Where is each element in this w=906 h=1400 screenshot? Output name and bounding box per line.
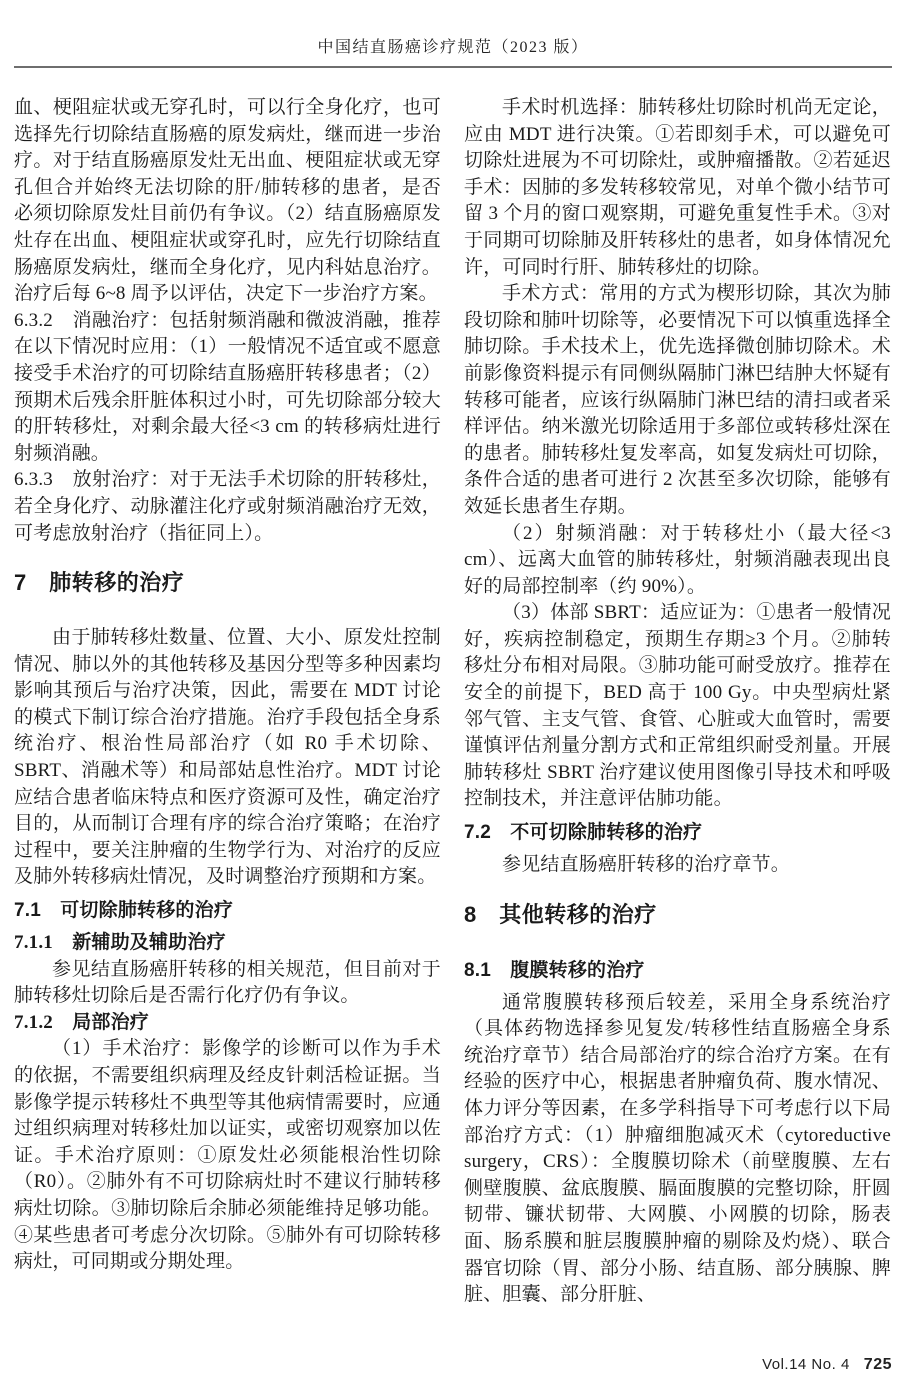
section-7-intro-paragraph: 由于肺转移灶数量、位置、大小、原发灶控制情况、肺以外的其他转移及基因分型等多种因… — [14, 625, 441, 891]
section-6-3-3-paragraph: 6.3.3 放射治疗：对于无法手术切除的肝转移灶，若全身化疗、动脉灌注化疗或射频… — [14, 467, 441, 547]
paragraph-continuation: 血、梗阻症状或无穿孔时，可以行全身化疗，也可选择先行切除结直肠癌的原发病灶，继而… — [14, 95, 441, 308]
section-8-1-paragraph: 通常腹膜转移预后较差，采用全身系统治疗（具体药物选择参见复发/转移性结直肠癌全身… — [464, 990, 891, 1309]
page-header-title: 中国结直肠癌诊疗规范（2023 版） — [0, 34, 906, 57]
left-column: 血、梗阻症状或无穿孔时，可以行全身化疗，也可选择先行切除结直肠癌的原发病灶，继而… — [14, 95, 441, 1276]
surgery-timing-paragraph: 手术时机选择：肺转移灶切除时机尚无定论，应由 MDT 进行决策。①若即刻手术，可… — [464, 95, 891, 281]
subsection-heading-7-2: 7.2 不可切除肺转移的治疗 — [464, 819, 891, 846]
section-7-1-2-paragraph: （1）手术治疗：影像学的诊断可以作为手术的依据，不需要组织病理及经皮针刺活检证据… — [14, 1036, 441, 1275]
page-footer: Vol.14 No. 4725 — [762, 1356, 892, 1374]
header-divider — [14, 66, 892, 68]
surgery-method-paragraph: 手术方式：常用的方式为楔形切除，其次为肺段切除和肺叶切除等，必要情况下可以慎重选… — [464, 281, 891, 520]
subsection-heading-7-1: 7.1 可切除肺转移的治疗 — [14, 897, 441, 924]
subsection-heading-7-1-2: 7.1.2 局部治疗 — [14, 1010, 441, 1037]
document-page: 中国结直肠癌诊疗规范（2023 版） 血、梗阻症状或无穿孔时，可以行全身化疗，也… — [0, 0, 906, 1400]
section-7-1-1-paragraph: 参见结直肠癌肝转移的相关规范，但目前对于肺转移灶切除后是否需行化疗仍有争议。 — [14, 957, 441, 1010]
volume-info: Vol.14 No. 4 — [762, 1356, 850, 1373]
section-heading-8: 8 其他转移的治疗 — [464, 899, 891, 931]
right-column: 手术时机选择：肺转移灶切除时机尚无定论，应由 MDT 进行决策。①若即刻手术，可… — [464, 95, 891, 1309]
sbrt-paragraph: （3）体部 SBRT：适应证为：①患者一般情况好，疾病控制稳定，预期生存期≥3 … — [464, 600, 891, 813]
subsection-heading-7-1-1: 7.1.1 新辅助及辅助治疗 — [14, 930, 441, 957]
page-number: 725 — [864, 1356, 892, 1373]
section-7-2-paragraph: 参见结直肠癌肝转移的治疗章节。 — [464, 852, 891, 879]
section-heading-7: 7 肺转移的治疗 — [14, 567, 441, 599]
radiofrequency-ablation-paragraph: （2）射频消融：对于转移灶小（最大径<3 cm）、远离大血管的肺转移灶，射频消融… — [464, 521, 891, 601]
section-6-3-2-paragraph: 6.3.2 消融治疗：包括射频消融和微波消融，推荐在以下情况时应用：（1）一般情… — [14, 308, 441, 468]
subsection-heading-8-1: 8.1 腹膜转移的治疗 — [464, 957, 891, 984]
